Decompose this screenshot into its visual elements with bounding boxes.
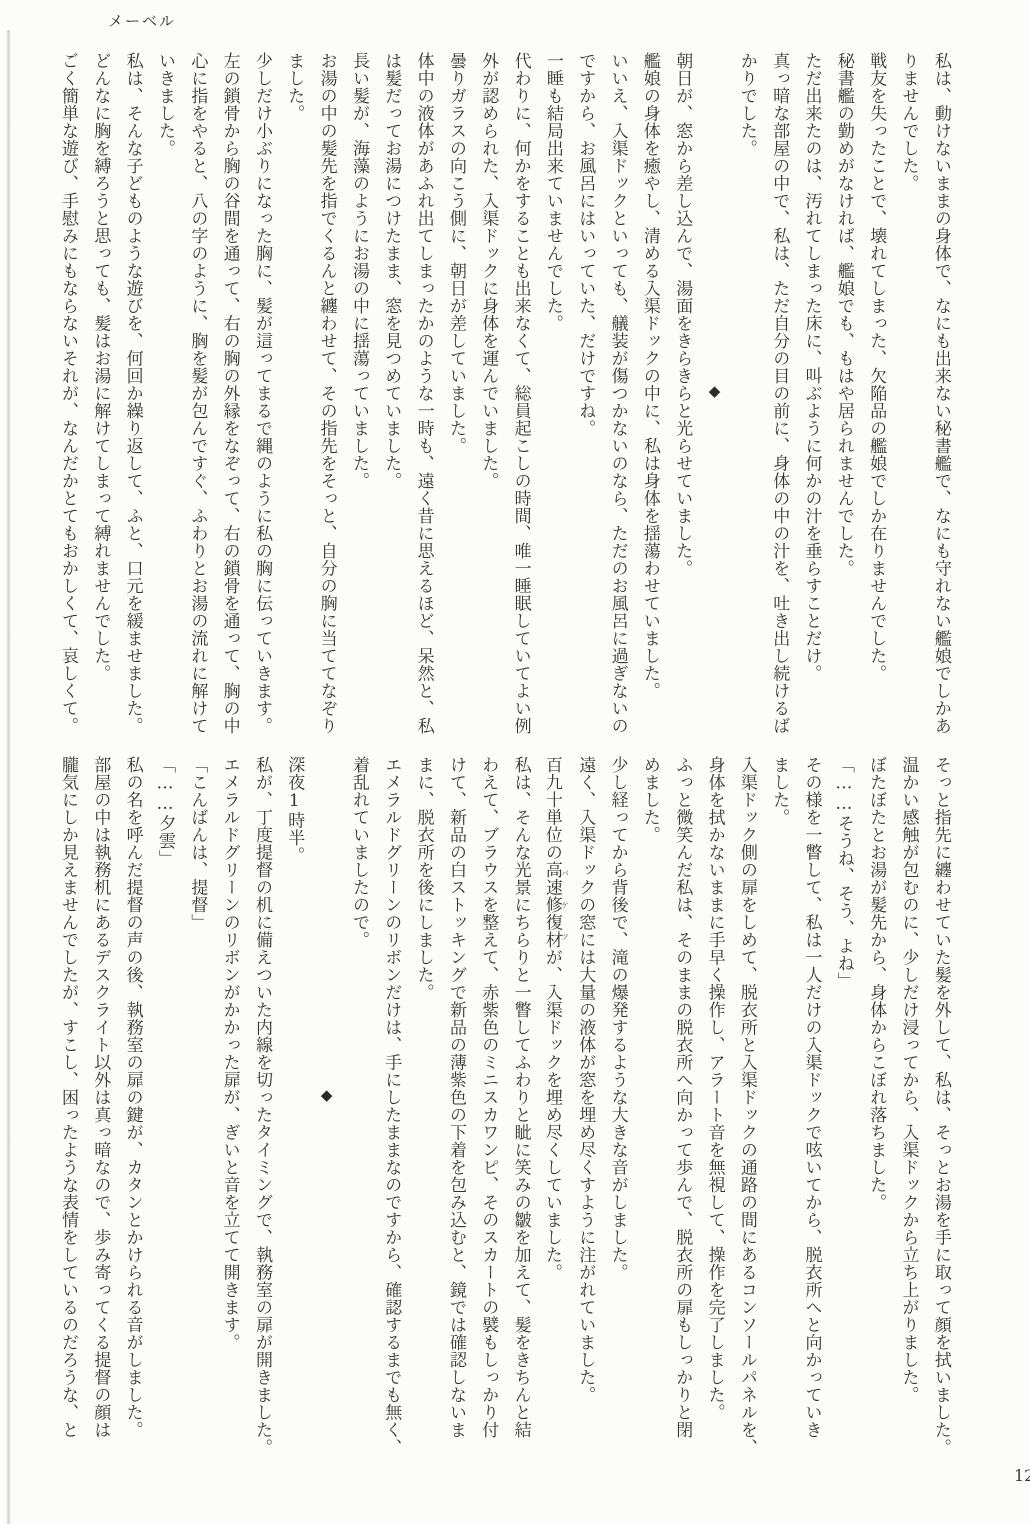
text-column: 心に指をやると、八の字のように、胸を髪が包んですぐ、ふわりとお湯の流れに解けて	[181, 52, 213, 752]
text-column: エメラルドグリーンのリボンがかかった扉が、ぎいと音を立てて開きます。	[214, 756, 246, 1480]
section-break-diamond: ◆	[699, 52, 731, 752]
text-column: 「こんばんは、提督」	[181, 756, 213, 1480]
text-column: 私の名を呼んだ提督の声の後、執務室の扉の鍵が、カタンとかけられる音がしました。	[117, 756, 149, 1480]
text-column: 戦友を失ったことで、壊れてしまった、欠陥品の艦娘でしか在りませんでした。	[860, 52, 892, 752]
text-column: ただ出来たのは、汚れてしまった床に、叫ぶように何かの汁を垂らすことだけ。	[796, 52, 828, 752]
text-column: 秘書艦の勤めがなければ、艦娘でも、もはや居られませんでした。	[828, 52, 860, 752]
text-column: 入渠ドック側の扉をしめて、脱衣所と入渠ドックの通路の間にあるコンソールパネルを、	[731, 756, 763, 1480]
text-column: 温かい感触が包むのに、少しだけ浸ってから、入渠ドックから立ち上がりました。	[893, 756, 925, 1480]
text-column: 私は、動けないままの身体で、なにも出来ない秘書艦で、なにも守れない艦娘でしかあ	[925, 52, 957, 752]
text-column: 曇りガラスの向こう側に、朝日が差していました。	[440, 52, 472, 752]
text-column: 部屋の中は執務机にあるデスクライト以外は真っ暗なので、歩み寄ってくる提督の顔は	[84, 756, 116, 1480]
text-column: 「……夕雲」	[149, 756, 181, 1480]
text-column: 代わりに、何かをすることも出来なくて、総員起こしの時間、唯一睡眠していてよい例	[505, 52, 537, 752]
text-column: 遠く、入渠ドックの窓には大量の液体が窓を埋め尽くすように注がれていました。	[569, 756, 601, 1480]
text-column: 「……そうね、そう、よね」	[828, 756, 860, 1480]
text-column: どんなに胸を縛ろうと思っても、髪はお湯に解けてしまって縛れませんでした。	[84, 52, 116, 752]
page-number: 12	[1014, 1466, 1030, 1485]
text-column: 身体を拭かないままに手早く操作し、アラート音を無視して、操作を完了しました。	[699, 756, 731, 1480]
text-column: 深夜1時半。	[278, 756, 310, 1480]
scan-edge-artifact	[6, 30, 11, 1524]
text-column: 外が認められた、入渠ドックに身体を運んでいました。	[472, 52, 504, 752]
text-column: わえて、ブラウスを整えて、赤紫色のミニスカワンピ、そのスカートの襞もしっかり付	[472, 756, 504, 1480]
text-column: お湯の中の髪先を指でくるんと纏わせて、その指先をそっと、自分の胸に当ててなぞり	[311, 52, 343, 752]
text-column: 真っ暗な部屋の中で、私は、ただ自分の目の前に、身体の中の汁を、吐き出し続けるば	[763, 52, 795, 752]
text-column: 長い髪が、海藻のようにお湯の中に揺蕩っていました。	[343, 52, 375, 752]
text-column: 艦娘の身体を癒やし、清める入渠ドックの中に、私は身体を揺蕩わせていました。	[634, 52, 666, 752]
text-column: 一睡も結局出来ていませんでした。	[537, 52, 569, 752]
text-column: ごく簡単な遊び、手慰みにもならないそれが、なんだかとてもおかしくて、哀しくて。	[52, 52, 84, 752]
text-column: 私が、丁度提督の机に備えついた内線を切ったタイミングで、執務室の扉が開きました。	[246, 756, 278, 1480]
text-column: 少し経ってから背後で、滝の爆発するような大きな音がしました。	[602, 756, 634, 1480]
text-column: 百九十単位の高速修復材バケツが、入渠ドックを埋め尽くしていました。	[537, 756, 569, 1480]
scanned-page: メーベル 私は、動けないままの身体で、なにも出来ない秘書艦で、なにも守れない艦娘…	[0, 0, 1030, 1524]
text-column: りませんでした。	[893, 52, 925, 752]
text-column: そっと指先に纏わせていた髪を外して、私は、そっとお湯を手に取って顔を拭いました。	[925, 756, 957, 1480]
page-header-title: メーベル	[108, 10, 176, 31]
bottom-text-block: そっと指先に纏わせていた髪を外して、私は、そっとお湯を手に取って顔を拭いました。…	[52, 756, 957, 1480]
text-column: 左の鎖骨から胸の谷間を通って、右の胸の外縁をなぞって、右の鎖骨を通って、胸の中	[214, 52, 246, 752]
text-column: いきました。	[149, 52, 181, 752]
top-text-block: 私は、動けないままの身体で、なにも出来ない秘書艦で、なにも守れない艦娘でしかあり…	[52, 52, 957, 752]
text-column: 着乱れていましたので。	[343, 756, 375, 1480]
text-column: その様を一瞥して、私は一人だけの入渠ドックで呟いてから、脱衣所へと向かっていき	[796, 756, 828, 1480]
text-column: めました。	[634, 756, 666, 1480]
text-column: エメラルドグリーンのリボンだけは、手にしたままなのですから、確認するまでも無く、	[375, 756, 407, 1480]
text-column: 体中の液体があふれ出てしまったかのような一時も、遠く昔に思えるほど、呆然と、私	[408, 52, 440, 752]
text-column: 朧気にしか見えませんでしたが、すこし、困ったような表情をしているのだろうな、と	[52, 756, 84, 1480]
text-column: ました。	[278, 52, 310, 752]
text-column: ふっと微笑んだ私は、そのままの脱衣所へ向かって歩んで、脱衣所の扉もしっかりと閉	[666, 756, 698, 1480]
text-column: いいえ、入渠ドックといっても、艤装が傷つかないのなら、ただのお風呂に過ぎないの	[602, 52, 634, 752]
text-column: 少しだけ小ぶりになった胸に、髪が這ってまるで縄のように私の胸に伝っていきます。	[246, 52, 278, 752]
text-column: ですから、お風呂にはいっていた、だけですね。	[569, 52, 601, 752]
text-column: ぼたぼたとお湯が髪先から、身体からこぼれ落ちました。	[860, 756, 892, 1480]
text-column: は髪だってお湯につけたまま、窓を見つめていました。	[375, 52, 407, 752]
text-column: まに、脱衣所を後にしました。	[408, 756, 440, 1480]
text-column: ました。	[763, 756, 795, 1480]
text-column: 私は、そんな光景にちらりと一瞥してふわりと眦に笑みの皺を加えて、髪をきちんと結	[505, 756, 537, 1480]
section-break-diamond: ◆	[311, 756, 343, 1480]
text-column: 朝日が、窓から差し込んで、湯面をきらきらと光らせていました。	[666, 52, 698, 752]
text-column: かりでした。	[731, 52, 763, 752]
text-column: けて、新品の白ストッキングで新品の薄紫色の下着を包み込むと、鏡では確認しないま	[440, 756, 472, 1480]
text-column: 私は、そんな子どものような遊びを、何回か繰り返して、ふと、口元を緩ませました。	[117, 52, 149, 752]
